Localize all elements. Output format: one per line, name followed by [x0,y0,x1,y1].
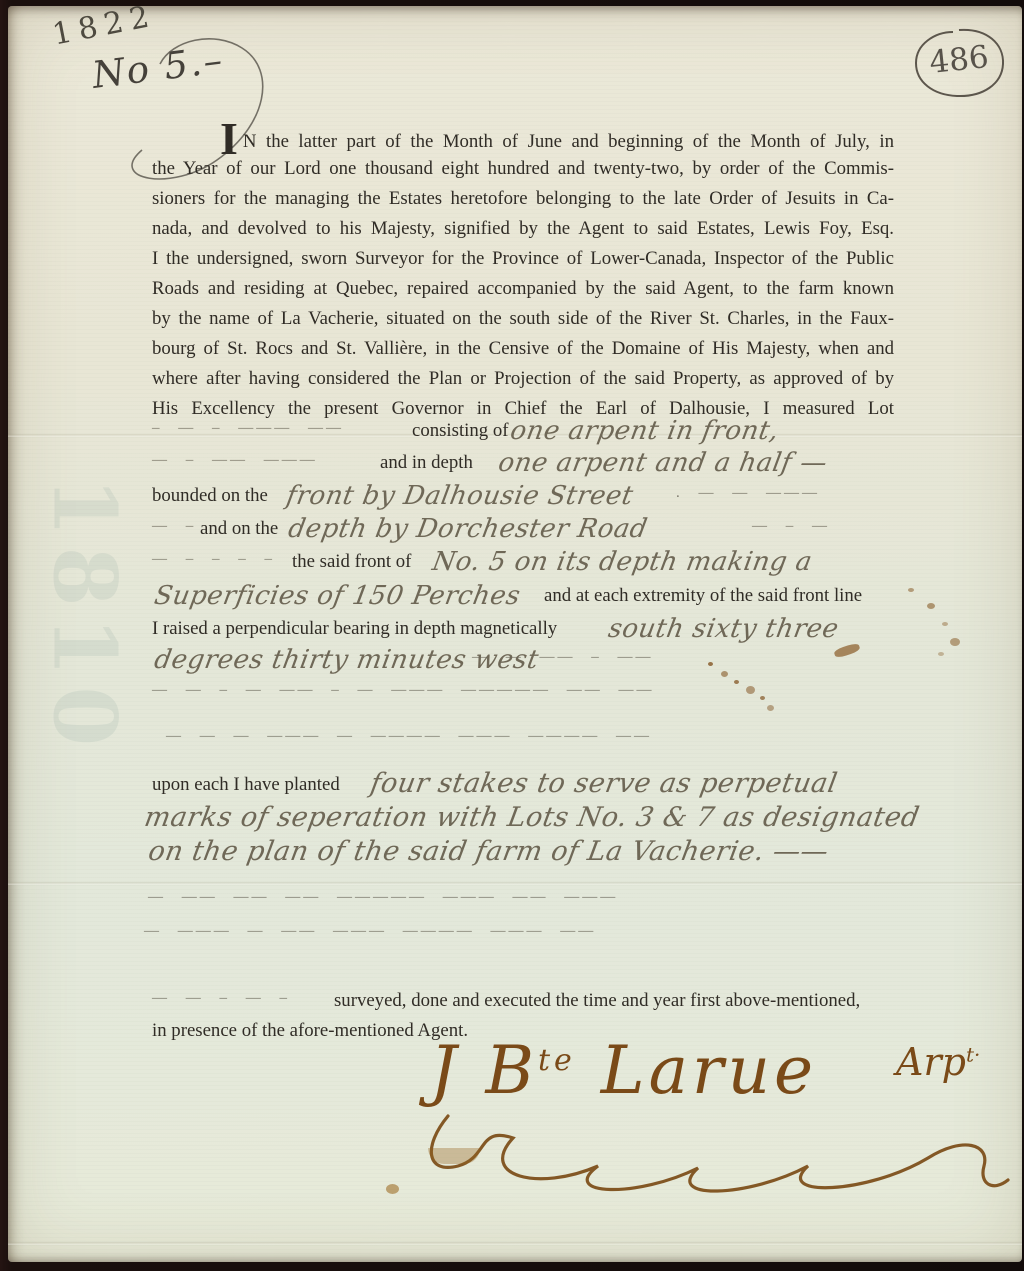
ruled-dashes: – — – ——— —— [152,420,344,437]
handwritten-entry: four stakes to serve as perpetual [368,768,840,799]
handwritten-entry: No. 5 on its depth making a [430,547,815,577]
handwritten-entry: one arpent and a half — [496,448,830,478]
handwritten-entry: marks of seperation with Lots No. 3 & 7 … [142,802,922,833]
intro-line: by the name of La Vacherie, situated on … [152,304,894,334]
intro-line: the Year of our Lord one thousand eight … [152,154,894,184]
intro-line: IN the latter part of the Month of June … [152,124,894,154]
ruled-dashes: . — — ——— [676,485,820,502]
ruled-dashes: — – [152,518,196,535]
printed-label: I raised a perpendicular bearing in dept… [152,618,557,640]
ruled-dashes: — —— —— —— ————— ——— —— ——— [148,889,618,906]
intro-line-text: N the latter part of the Month of June a… [243,131,894,152]
signature-block: J Bte Larue Arpt· [418,1032,1024,1202]
intro-line: I the undersigned, sworn Surveyor for th… [152,244,894,274]
folio-badge: 486 [911,26,1007,100]
ruled-dashes: — — —— – —— [472,649,654,666]
intro-line: nada, and devolved to his Majesty, signi… [152,214,894,244]
printed-label: upon each I have planted [152,774,340,796]
fold-crease [8,1242,1022,1245]
handwritten-entry: depth by Dorchester Road [286,514,650,544]
intro-line: bourg of St. Rocs and St. Vallière, in t… [152,334,894,364]
intro-paragraph: IN the latter part of the Month of June … [152,124,894,424]
signature-title: Arpt· [896,1040,980,1084]
ruled-line: — — – — —— – — ——— ————— —— —— [152,682,932,718]
printed-closing-text: surveyed, done and executed the time and… [334,990,860,1012]
signature-title-text: Arp [896,1040,966,1084]
handwritten-entry: one arpent in front, [508,416,781,446]
handwritten-entry: front by Dalhousie Street [284,481,636,511]
ruled-line: — —— —— —— ————— ——— —— ——— [152,889,932,925]
intro-line: Roads and residing at Quebec, repaired a… [152,274,894,304]
ruled-dashes: — ——— — —— ——— ———— ——— —— [144,923,596,940]
document-scan: 1810 1822 No 5.– 486 IN the latter part … [0,0,1024,1271]
intro-line: sioners for the managing the Estates her… [152,184,894,214]
paper-sheet: 1810 1822 No 5.– 486 IN the latter part … [8,6,1022,1262]
ink-stain [386,1184,399,1194]
fill-line-bearing2: degrees thirty minutes west — — —— – —— [152,649,932,685]
signature-title-superscript: t· [966,1042,980,1066]
intro-line: where after having considered the Plan o… [152,364,894,394]
printed-label: and at each extremity of the said front … [544,585,862,607]
handwritten-entry: on the plan of the said farm of La Vache… [146,836,831,867]
printed-label: and on the [200,518,278,540]
printed-label: the said front of [292,551,411,573]
ruled-dashes: — – – – – [152,551,275,568]
printed-label: bounded on the [152,485,268,507]
paper-watermark: 1810 [34,467,135,767]
ruled-line: — ——— — —— ——— ———— ——— —— [152,923,932,959]
ruled-dashes: — — – — – [152,990,290,1007]
signature-superscript: te [538,1043,576,1078]
fill-line-planted3: on the plan of the said farm of La Vache… [152,842,932,878]
handwritten-entry: south sixty three [606,614,841,644]
ruled-dashes: — – —— ——— [152,452,318,469]
signature-flourish [418,1096,1024,1196]
printed-label: and in depth [380,452,473,474]
ruled-dashes: — — — ——— — ———— ——— ———— —— [166,728,652,745]
printed-label: consisting of [412,420,509,442]
ruled-line: — — — ——— — ———— ——— ———— —— [152,728,932,764]
ruled-dashes: — – — [752,518,830,535]
fold-crease [8,882,1022,885]
handwritten-entry: Superficies of 150 Perches [152,581,523,611]
ruled-dashes: — — – — —— – — ——— ————— —— —— [152,682,655,699]
